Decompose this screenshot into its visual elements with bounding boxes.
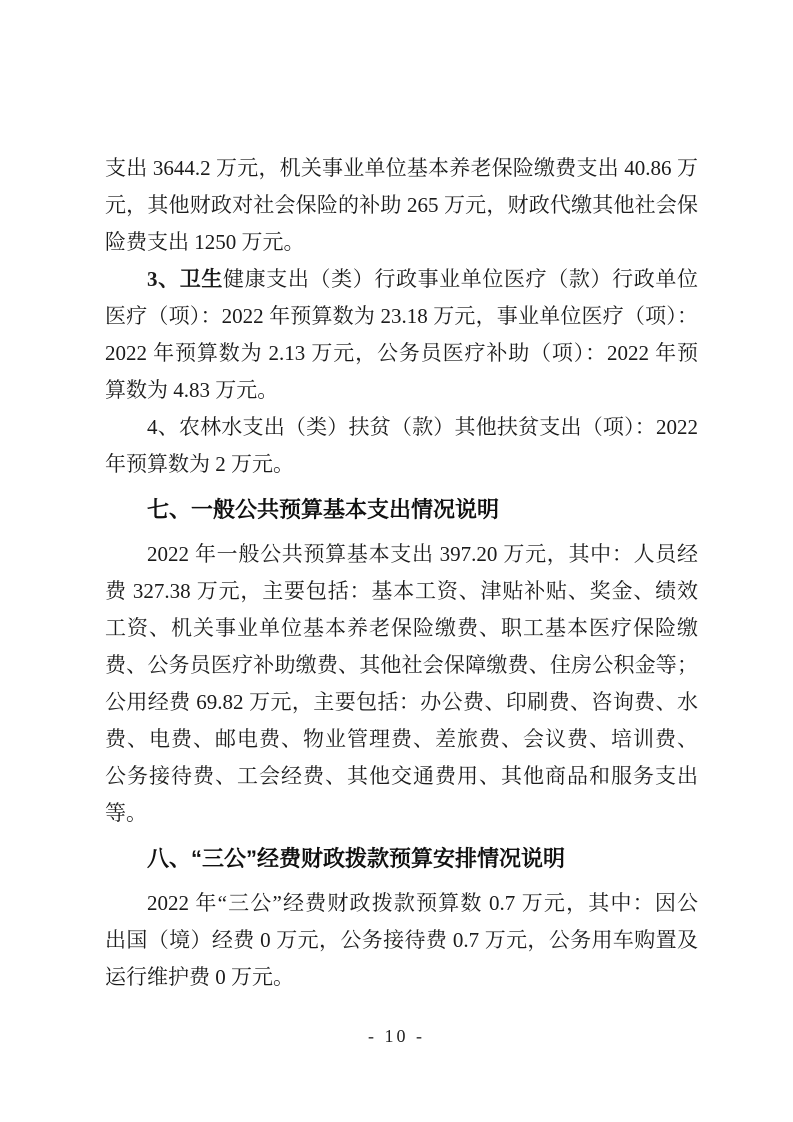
text-line: 2022 年一般公共预算基本支出 397.20 万元，其中：人员经 <box>105 536 698 573</box>
text-line: 险费支出 1250 万元。 <box>105 224 698 261</box>
text-line: 费 327.38 万元，主要包括：基本工资、津贴补贴、奖金、绩效 <box>105 573 698 610</box>
page-footer: - 10 - <box>0 1026 793 1047</box>
paragraph-health-expenditure: 3、卫生健康支出（类）行政事业单位医疗（款）行政单位 医疗（项）：2022 年预… <box>105 261 698 409</box>
text-line: 公用经费 69.82 万元，主要包括：办公费、印刷费、咨询费、水 <box>105 684 698 721</box>
paragraph-agriculture-expenditure: 4、农林水支出（类）扶贫（款）其他扶贫支出（项）：2022 年预算数为 2 万元… <box>105 409 698 483</box>
text-line: 等。 <box>105 795 698 832</box>
text-line: 费、公务员医疗补助缴费、其他社会保障缴费、住房公积金等； <box>105 647 698 684</box>
document-page: 支出 3644.2 万元，机关事业单位基本养老保险缴费支出 40.86 万 元，… <box>0 0 793 1122</box>
text-line: 费、电费、邮电费、物业管理费、差旅费、会议费、培训费、 <box>105 721 698 758</box>
paragraph-basic-expenditure-detail: 2022 年一般公共预算基本支出 397.20 万元，其中：人员经 费 327.… <box>105 536 698 832</box>
text-line: 医疗（项）：2022 年预算数为 23.18 万元，事业单位医疗（项）： <box>105 298 698 335</box>
text-line: 公务接待费、工会经费、其他交通费用、其他商品和服务支出 <box>105 758 698 795</box>
page-number: - 10 - <box>368 1026 425 1046</box>
text-line: 2022 年预算数为 2.13 万元，公务员医疗补助（项）：2022 年预 <box>105 335 698 372</box>
text-run: 健康支出（类）行政事业单位医疗（款）行政单位 <box>223 267 698 291</box>
section-heading-eight: 八、“三公”经费财政拨款预算安排情况说明 <box>105 840 698 877</box>
section-heading-seven: 七、一般公共预算基本支出情况说明 <box>105 491 698 528</box>
text-line: 出国（境）经费 0 万元，公务接待费 0.7 万元，公务用车购置及 <box>105 922 698 959</box>
text-line: 工资、机关事业单位基本养老保险缴费、职工基本医疗保险缴 <box>105 610 698 647</box>
text-line: 3、卫生健康支出（类）行政事业单位医疗（款）行政单位 <box>105 261 698 298</box>
bold-lead-text: 3、卫生 <box>147 267 223 291</box>
text-line: 年预算数为 2 万元。 <box>105 446 698 483</box>
text-line: 支出 3644.2 万元，机关事业单位基本养老保险缴费支出 40.86 万 <box>105 150 698 187</box>
text-line: 元，其他财政对社会保险的补助 265 万元，财政代缴其他社会保 <box>105 187 698 224</box>
document-body: 支出 3644.2 万元，机关事业单位基本养老保险缴费支出 40.86 万 元，… <box>105 150 698 996</box>
text-line: 4、农林水支出（类）扶贫（款）其他扶贫支出（项）：2022 <box>105 409 698 446</box>
text-line: 2022 年“三公”经费财政拨款预算数 0.7 万元，其中：因公 <box>105 885 698 922</box>
paragraph-three-public-funds: 2022 年“三公”经费财政拨款预算数 0.7 万元，其中：因公 出国（境）经费… <box>105 885 698 996</box>
text-line: 算数为 4.83 万元。 <box>105 372 698 409</box>
paragraph-social-security-carryover: 支出 3644.2 万元，机关事业单位基本养老保险缴费支出 40.86 万 元，… <box>105 150 698 261</box>
text-line: 运行维护费 0 万元。 <box>105 959 698 996</box>
